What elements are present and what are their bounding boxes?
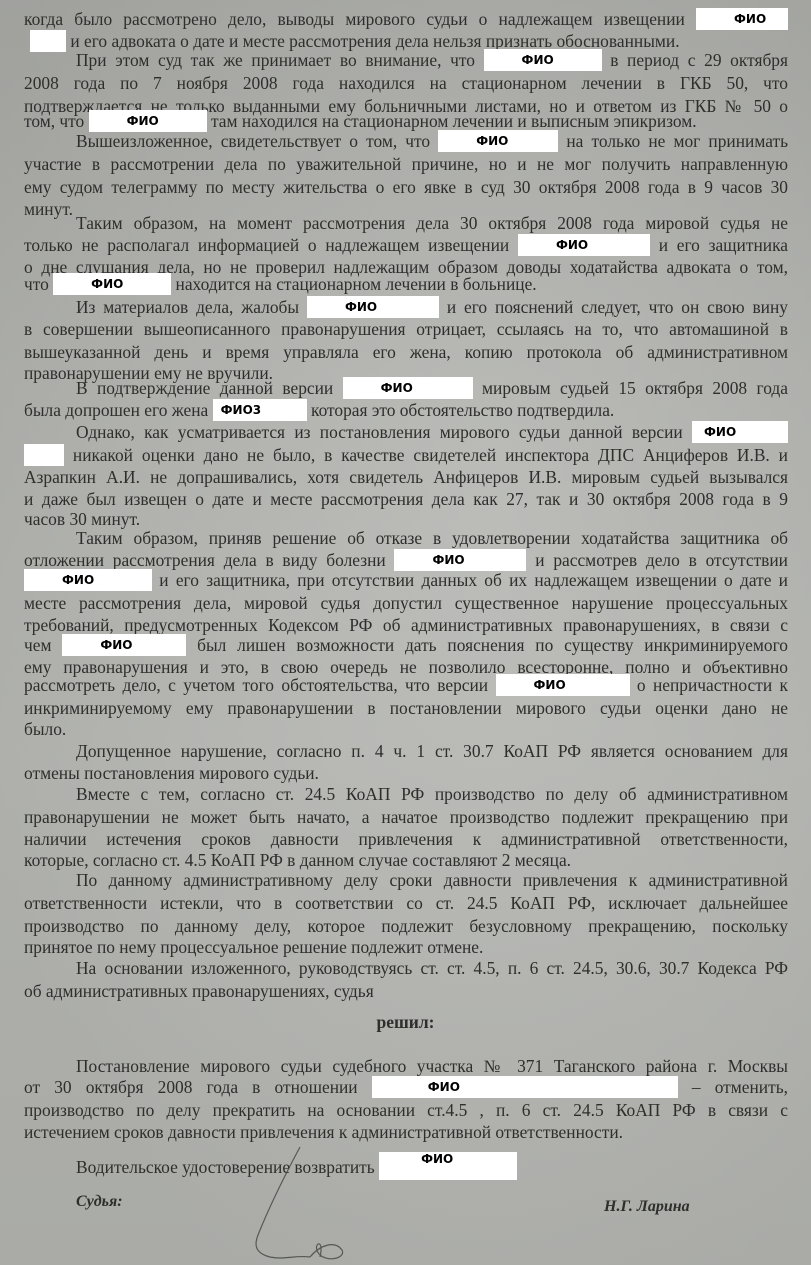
- text-line: Вместе с тем, согласно ст. 24.5 КоАП РФ …: [24, 783, 788, 805]
- text-line: никакой оценки дано не было, в качестве …: [24, 444, 788, 466]
- text-line: участие в рассмотрении дела по уважитель…: [24, 153, 788, 175]
- text-line: Из материалов дела, жалобы ФИО и его поя…: [24, 296, 788, 318]
- text-line: ФИО и его защитника, при отсутствии данн…: [24, 569, 788, 591]
- text-line: принятое по нему процессуальное решение …: [24, 936, 788, 958]
- redacted-name: ФИО: [496, 674, 630, 696]
- text-line: отложении рассмотрения дела в виду болез…: [24, 549, 788, 571]
- text-line: том, что ФИО там находился на стационарн…: [24, 110, 788, 132]
- text-line: инкриминируемому ему правонарушении в по…: [24, 697, 788, 719]
- text-line: В подтверждение данной версии ФИО мировы…: [24, 377, 788, 399]
- text-line: отмены постановления мирового судьи.: [24, 762, 788, 784]
- decision-line: истечением сроков давности привлечения к…: [24, 1121, 788, 1143]
- redacted-name: ФИО: [438, 130, 558, 152]
- redacted-name: ФИО: [24, 569, 152, 591]
- redacted-name: ФИО: [484, 49, 602, 71]
- text-line: которые, согласно ст. 4.5 КоАП РФ в данн…: [24, 849, 788, 871]
- text-line: Таким образом, на момент рассмотрения де…: [24, 212, 788, 234]
- text-line: При этом суд так же принимает во внимани…: [24, 49, 788, 71]
- text-line: ему судом телеграмму по месту жительства…: [24, 176, 788, 198]
- text-line: Вышеизложенное, свидетельствует о том, ч…: [24, 130, 788, 152]
- text-line: Однако, как усматривается из постановлен…: [24, 421, 788, 443]
- redacted-name: ФИО: [394, 549, 526, 571]
- text-line: об административных правонарушениях, суд…: [24, 980, 788, 1002]
- redacted-name: ФИО: [307, 296, 439, 318]
- text-line: ответственности истекли, что в соответст…: [24, 892, 788, 914]
- redacted-name: [24, 444, 64, 466]
- text-line: вышеуказанной день и время управляла его…: [24, 341, 788, 363]
- redacted-name: ФИО: [372, 1076, 678, 1098]
- text-line: и даже был извещен о дате и месте рассмо…: [24, 488, 788, 510]
- redacted-name: ФИО: [53, 273, 171, 295]
- text-line: когда было рассмотрено дело, выводы миро…: [24, 8, 788, 30]
- text-line: производство по данному делу, которое по…: [24, 915, 788, 937]
- text-line: наличии истечения сроков давности привле…: [24, 828, 788, 850]
- text-line: чем ФИО был лишен возможности дать поясн…: [24, 634, 788, 656]
- text-line: правонарушении не может быть начато, а н…: [24, 806, 788, 828]
- text-line: что ФИО находится на стационарном лечени…: [24, 273, 788, 295]
- redacted-name-wife: ФИО3: [213, 399, 307, 421]
- decision-line: производство по делу прекратить на основ…: [24, 1099, 788, 1121]
- text-line: требований, предусмотренных Кодексом РФ …: [24, 614, 788, 636]
- text-line: По данному административному делу сроки …: [24, 869, 788, 891]
- redacted-name: ФИО: [696, 8, 788, 30]
- redacted-name: ФИО: [518, 234, 650, 256]
- text-line: в совершении вышеописанного правонарушен…: [24, 318, 788, 340]
- decision-line: от 30 октября 2008 года в отношении ФИО …: [24, 1076, 788, 1098]
- judge-name: Н.Г. Ларина: [604, 1198, 690, 1216]
- decision-heading: решил:: [0, 1012, 811, 1033]
- redacted-name: ФИО: [379, 1152, 517, 1180]
- text-line: было.: [24, 718, 788, 740]
- redacted-name: ФИО: [89, 110, 207, 132]
- scanned-document-page: когда было рассмотрено дело, выводы миро…: [0, 0, 811, 1265]
- text-line: месте рассмотрения дела, мировой судья д…: [24, 592, 788, 614]
- redacted-name: ФИО: [692, 421, 788, 443]
- redacted-name: ФИО: [62, 634, 186, 656]
- handwritten-signature-icon: [160, 1145, 360, 1265]
- decision-line: Постановление мирового судьи судебного у…: [24, 1055, 788, 1077]
- text-line: Азрапкин А.И. не допрашивались, хотя сви…: [24, 466, 788, 488]
- signature-label: Судья:: [76, 1193, 123, 1211]
- text-line: только не располагал информацией о надле…: [24, 234, 788, 256]
- text-line: На основании изложенного, руководствуясь…: [24, 957, 788, 979]
- text-line: рассмотреть дело, с учетом того обстояте…: [24, 674, 788, 696]
- text-line: Таким образом, приняв решение об отказе …: [24, 527, 788, 549]
- text-line: Допущенное нарушение, согласно п. 4 ч. 1…: [24, 740, 788, 762]
- redacted-name: ФИО: [343, 377, 473, 399]
- text-line: 2008 года по 7 ноября 2008 года находилс…: [24, 72, 788, 94]
- text-line: была допрошен его жена ФИО3 которая это …: [24, 399, 788, 421]
